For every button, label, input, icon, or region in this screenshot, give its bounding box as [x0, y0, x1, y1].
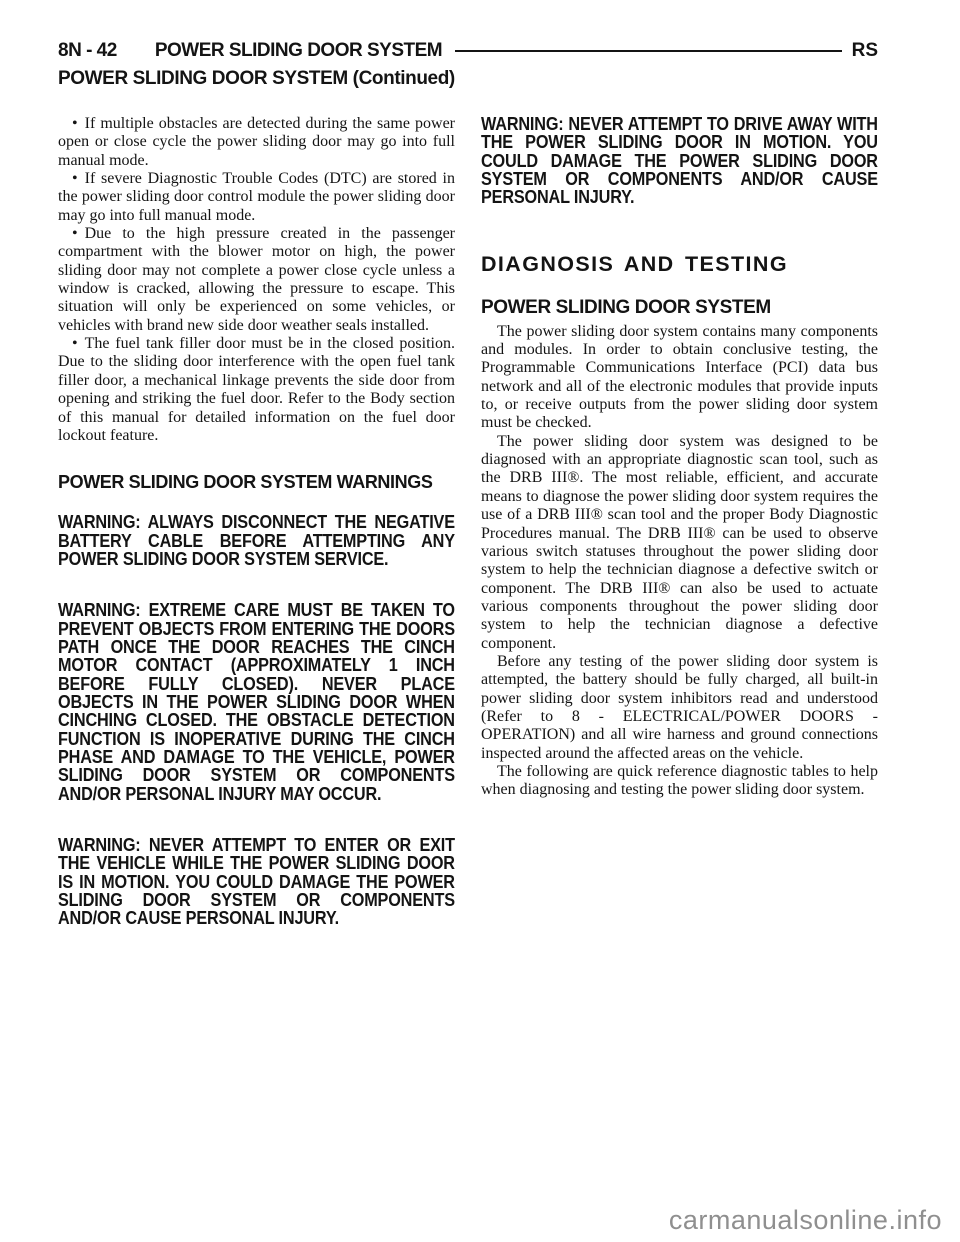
right-column: WARNING: NEVER ATTEMPT TO DRIVE AWAY WIT… [481, 115, 878, 928]
bullet-text: Due to the high pressure created in the … [58, 225, 455, 334]
paragraph: The power sliding door system contains m… [481, 323, 878, 433]
page-number: 8N - 42 [58, 42, 117, 60]
bullet-text: The fuel tank filler door must be in the… [58, 335, 455, 444]
columns: •If multiple obstacles are detected duri… [58, 115, 878, 928]
page-header: 8N - 42 POWER SLIDING DOOR SYSTEM RS [58, 42, 878, 60]
warning-paragraph: WARNING: NEVER ATTEMPT TO ENTER OR EXIT … [58, 836, 455, 928]
bullet-text: If severe Diagnostic Trouble Codes (DTC)… [58, 170, 455, 224]
warning-paragraph: WARNING: NEVER ATTEMPT TO DRIVE AWAY WIT… [481, 115, 878, 207]
watermark: carmanualsonline.info [669, 1205, 942, 1236]
paragraph: Before any testing of the power sliding … [481, 653, 878, 763]
manual-page: 8N - 42 POWER SLIDING DOOR SYSTEM RS POW… [0, 0, 960, 1242]
bullet-item: •If severe Diagnostic Trouble Codes (DTC… [58, 170, 455, 225]
subsection-heading: POWER SLIDING DOOR SYSTEM [481, 297, 878, 318]
header-rule [455, 50, 841, 53]
warning-paragraph: WARNING: EXTREME CARE MUST BE TAKEN TO P… [58, 601, 455, 803]
bullet-item: •Due to the high pressure created in the… [58, 225, 455, 335]
header-title: POWER SLIDING DOOR SYSTEM [155, 42, 442, 60]
bullet-icon: • [72, 335, 78, 352]
bullet-item: •If multiple obstacles are detected duri… [58, 115, 455, 170]
section-code: RS [852, 42, 878, 60]
left-column: •If multiple obstacles are detected duri… [58, 115, 455, 928]
bullet-icon: • [72, 115, 78, 132]
paragraph: The power sliding door system was design… [481, 433, 878, 653]
paragraph: The following are quick reference diagno… [481, 763, 878, 800]
continued-heading: POWER SLIDING DOOR SYSTEM (Continued) [58, 70, 878, 88]
warnings-heading: POWER SLIDING DOOR SYSTEM WARNINGS [58, 472, 455, 492]
bullet-icon: • [72, 170, 78, 187]
bullet-icon: • [72, 225, 78, 242]
bullet-item: •The fuel tank filler door must be in th… [58, 335, 455, 445]
section-heading: DIAGNOSIS AND TESTING [481, 251, 878, 277]
warning-paragraph: WARNING: ALWAYS DISCONNECT THE NEGATIVE … [58, 513, 455, 568]
bullet-text: If multiple obstacles are detected durin… [58, 115, 455, 169]
